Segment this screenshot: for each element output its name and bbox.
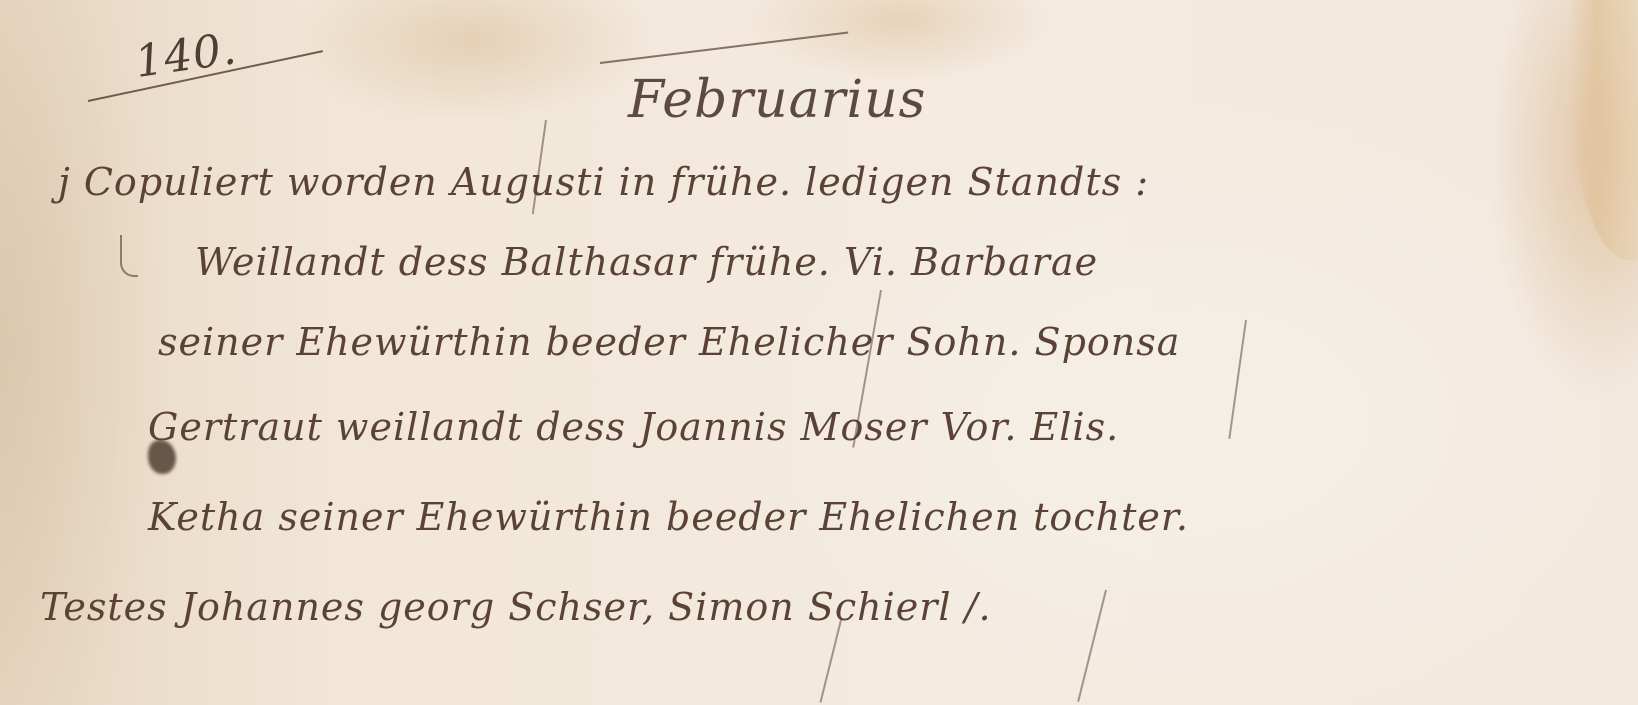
margin-flourish: [120, 235, 138, 277]
entry-line-4: Gertraut weillandt dess Joannis Moser Vo…: [148, 405, 1119, 449]
entry-line-3: seiner Ehewürthin beeder Ehelicher Sohn.…: [158, 320, 1180, 364]
month-heading: Februarius: [628, 70, 926, 130]
witnesses-line: Testes Johannes georg Schser, Simon Schi…: [40, 585, 992, 629]
entry-line-1: j Copuliert worden Augusti in frühe. led…: [58, 160, 1149, 204]
ascender-stroke: [1228, 320, 1247, 439]
ascender-stroke: [1077, 590, 1107, 702]
manuscript-page: 140. Februarius j Copuliert worden Augus…: [0, 0, 1638, 705]
entry-line-5: Ketha seiner Ehewürthin beeder Ehelichen…: [148, 495, 1189, 539]
water-stain: [1568, 0, 1638, 260]
entry-line-2: Weillandt dess Balthasar frühe. Vi. Barb…: [195, 240, 1098, 284]
ascender-stroke: [819, 620, 842, 703]
heading-rule: [600, 32, 848, 64]
